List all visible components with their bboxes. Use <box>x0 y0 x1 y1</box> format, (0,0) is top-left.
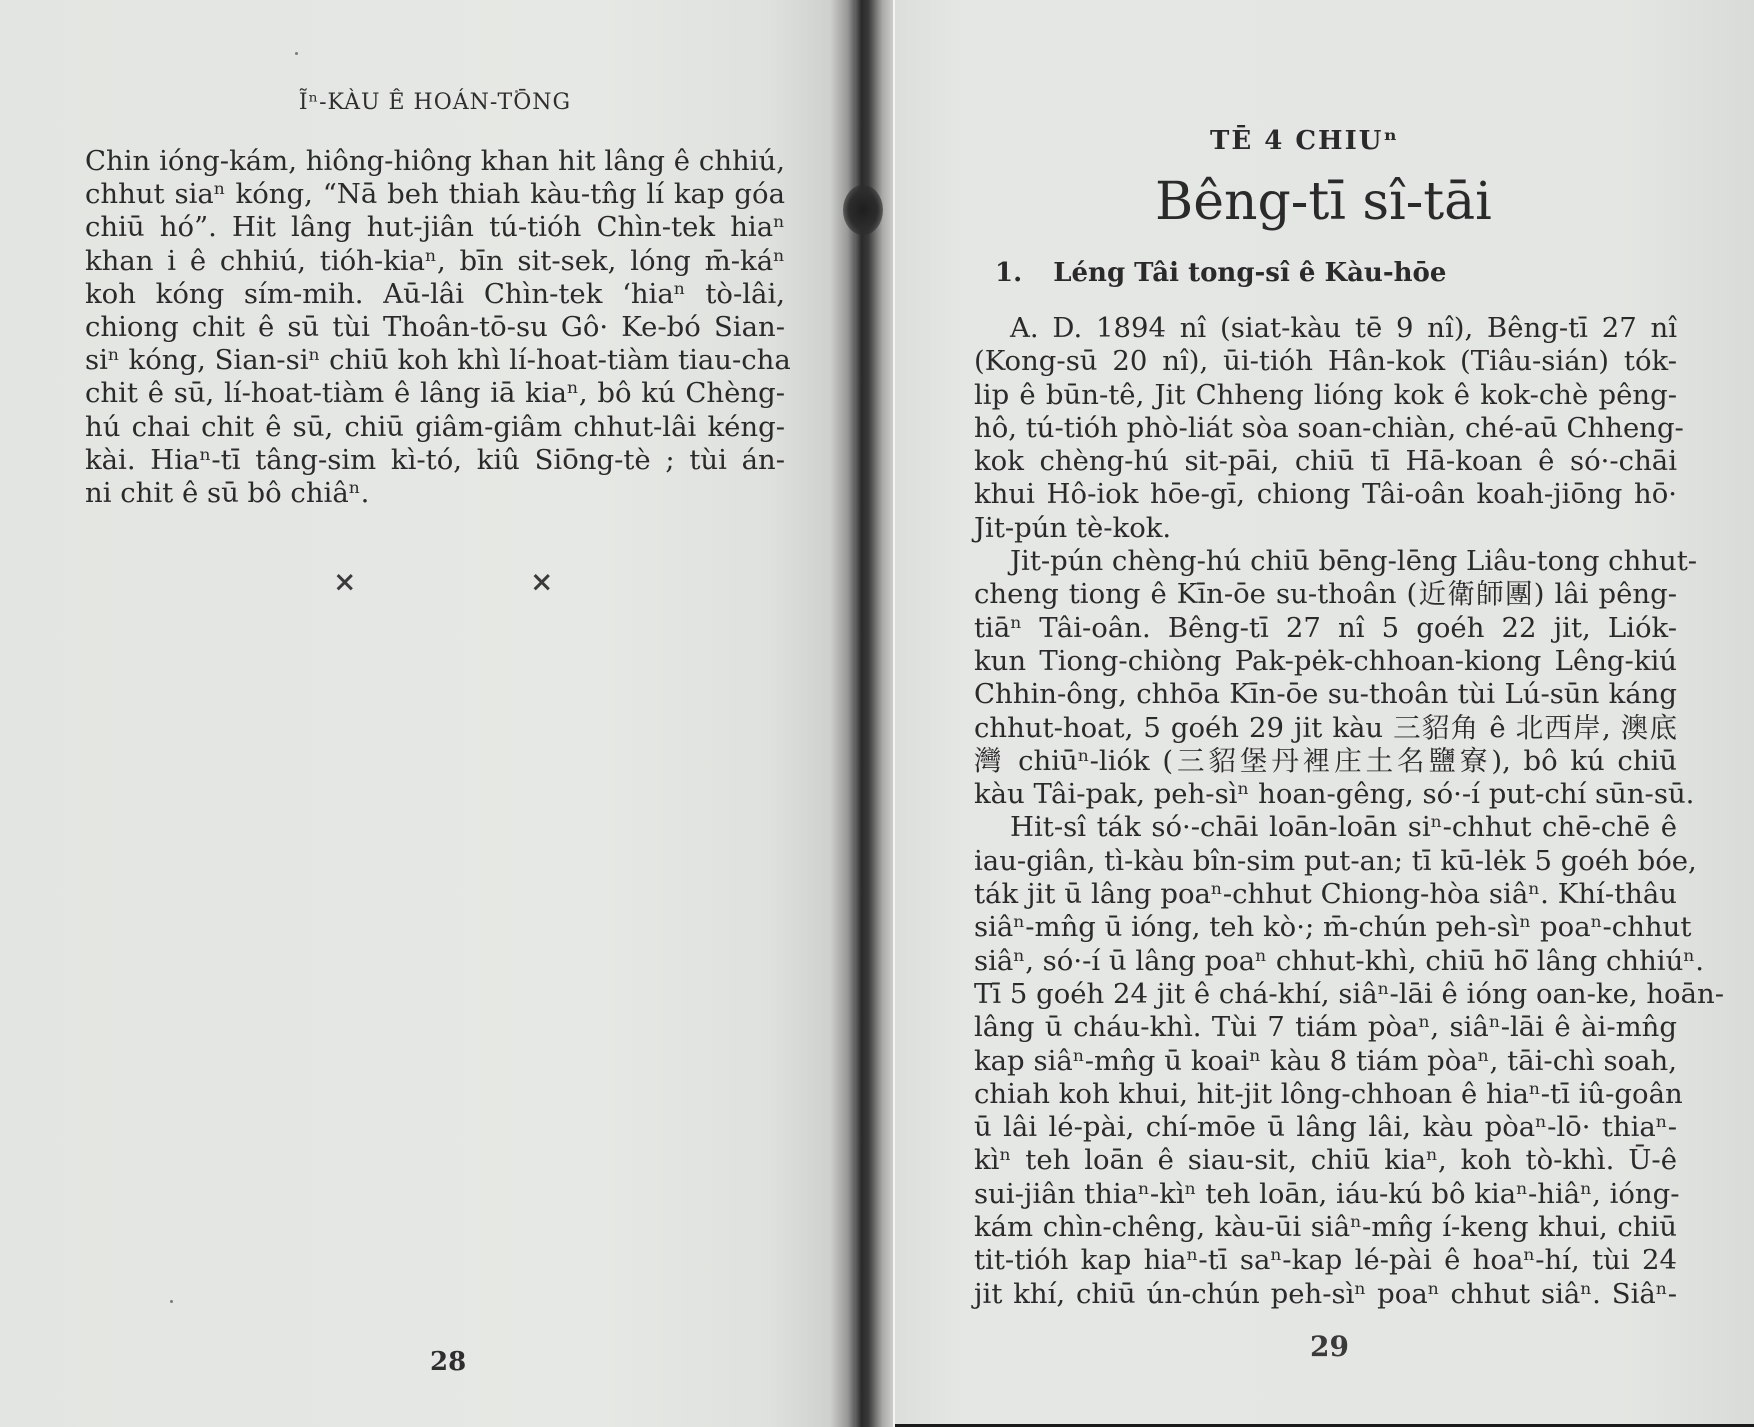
page-number: 29 <box>1310 1330 1349 1363</box>
text-line: kun Tiong-chiòng Pak-pėk-chhoan-kiong Lê… <box>974 645 1677 678</box>
text-line: hú chai chit ê sū, chiū giâm-giâm chhut-… <box>85 411 785 444</box>
paper-speck <box>295 52 298 55</box>
right-page-body: A. D. 1894 nî (siat-kàu tē 9 nî), Bêng-t… <box>974 312 1677 1311</box>
text-line: hô, tú-tióh phò-liát sòa soan-chiàn, ché… <box>974 412 1677 445</box>
section-heading: 1. Léng Tâi tong-sî ê Kàu-hōe <box>995 258 1446 288</box>
section-separator-mark: × <box>333 565 356 598</box>
text-line: khui Hô-iok hōe-gī, chiong Tâi-oân koah-… <box>974 478 1677 511</box>
text-line: siâⁿ, só·-í ū lâng poaⁿ chhut-khì, chiū … <box>974 945 1677 978</box>
text-line: kàu Tâi-pak, peh-sìⁿ hoan-gêng, só·-í pu… <box>974 778 1677 811</box>
book-spread: Ĩⁿ-KÀU Ê HOÁN-TŌNG Chin ióng-kám, hiông-… <box>0 0 1754 1427</box>
gutter-ink-blot <box>843 185 883 235</box>
text-line: kap siâⁿ-mn̂g ū koaiⁿ kàu 8 tiám pòaⁿ, t… <box>974 1045 1677 1078</box>
text-line: kìⁿ teh loān ê siau-sit, chiū kiaⁿ, koh … <box>974 1144 1677 1177</box>
section-title: Léng Tâi tong-sî ê Kàu-hōe <box>1053 258 1446 288</box>
text-line: jit khí, chiū ún-chún peh-sìⁿ poaⁿ chhut… <box>974 1278 1677 1311</box>
text-line: chhut-hoat, 5 goéh 29 jit kàu 三貂角 ê 北西岸,… <box>974 712 1677 745</box>
text-line: Tī 5 goéh 24 jit ê chá-khí, siâⁿ-lāi ê i… <box>974 978 1677 1011</box>
chapter-title: Bêng-tī sî-tāi <box>1155 172 1492 232</box>
text-line: chit ê sū, lí-hoat-tiàm ê lâng iā kiaⁿ, … <box>85 377 785 410</box>
chapter-label: TĒ 4 CHIUⁿ <box>1210 126 1399 156</box>
text-line: kài. Hiaⁿ-tī tâng-sim kì-tó, kiû Siōng-t… <box>85 444 785 477</box>
text-line: Chhin-ông, chhōa Kīn-ōe su-thoân tùi Lú-… <box>974 678 1677 711</box>
page-number: 28 <box>430 1347 466 1377</box>
text-line: 灣 chiūⁿ-liók (三貂堡丹裡庄土名鹽寮), bô kú chiū <box>974 745 1677 778</box>
text-line: chiū hó”. Hit lâng hut-jiân tú-tióh Chìn… <box>85 211 785 244</box>
text-line: iau-giân, tì-kàu bîn-sim put-an; tī kū-l… <box>974 845 1677 878</box>
text-line: sui-jiân thiaⁿ-kìⁿ teh loān, iáu-kú bô k… <box>974 1178 1677 1211</box>
running-head: Ĩⁿ-KÀU Ê HOÁN-TŌNG <box>270 90 600 115</box>
text-line: kok chèng-hú sit-pāi, chiū tī Hā-koan ê … <box>974 445 1677 478</box>
text-line: siⁿ kóng, Sian-siⁿ chiū koh khì lí-hoat-… <box>85 344 785 377</box>
text-line: ū lâi lé-pài, chí-mōe ū lâng lâi, kàu pò… <box>974 1111 1677 1144</box>
text-line: Jit-pún tè-kok. <box>974 512 1677 545</box>
text-line: khan i ê chhiú, tióh-kiaⁿ, bīn sit-sek, … <box>85 245 785 278</box>
text-line: cheng tiong ê Kīn-ōe su-thoân (近衛師團) lâi… <box>974 578 1677 611</box>
text-line: Jit-pún chèng-hú chiū bēng-lēng Liâu-ton… <box>974 545 1677 578</box>
text-line: ták jit ū lâng poaⁿ-chhut Chiong-hòa siâ… <box>974 878 1677 911</box>
text-line: lip ê būn-tê, Jit Chheng lióng kok ê kok… <box>974 379 1677 412</box>
text-line: chiah koh khui, hit-jit lông-chhoan ê hi… <box>974 1078 1677 1111</box>
text-line: ni chit ê sū bô chiâⁿ. <box>85 477 785 510</box>
text-line: tiāⁿ Tâi-oân. Bêng-tī 27 nî 5 goéh 22 ji… <box>974 612 1677 645</box>
section-number: 1. <box>995 258 1022 288</box>
left-page: Ĩⁿ-KÀU Ê HOÁN-TŌNG Chin ióng-kám, hiông-… <box>0 0 855 1427</box>
text-line: kám chìn-chêng, kàu-ūi siâⁿ-mn̂g í-keng … <box>974 1211 1677 1244</box>
left-page-body: Chin ióng-kám, hiông-hiông khan hit lâng… <box>85 145 785 510</box>
paper-speck <box>170 1300 173 1303</box>
text-line: Chin ióng-kám, hiông-hiông khan hit lâng… <box>85 145 785 178</box>
text-line: tit-tióh kap hiaⁿ-tī saⁿ-kap lé-pài ê ho… <box>974 1244 1677 1277</box>
text-line: chiong chit ê sū tùi Thoân-tō-su Gô· Ke-… <box>85 311 785 344</box>
section-separator-mark: × <box>530 565 553 598</box>
text-line: siâⁿ-mn̂g ū ióng, teh kò·; m̄-chún peh-s… <box>974 911 1677 944</box>
text-line: chhut siaⁿ kóng, “Nā beh thiah kàu-tn̂g … <box>85 178 785 211</box>
text-line: (Kong-sū 20 nî), ūi-tióh Hân-kok (Tiâu-s… <box>974 345 1677 378</box>
text-line: A. D. 1894 nî (siat-kàu tē 9 nî), Bêng-t… <box>974 312 1677 345</box>
paper-speck <box>515 90 518 93</box>
text-line: koh kóng sím-mih. Aū-lâi Chìn-tek ‘hiaⁿ … <box>85 278 785 311</box>
text-line: Hit-sî ták só·-chāi loān-loān siⁿ-chhut … <box>974 811 1677 844</box>
text-line: lâng ū cháu-khì. Tùi 7 tiám pòaⁿ, siâⁿ-l… <box>974 1011 1677 1044</box>
